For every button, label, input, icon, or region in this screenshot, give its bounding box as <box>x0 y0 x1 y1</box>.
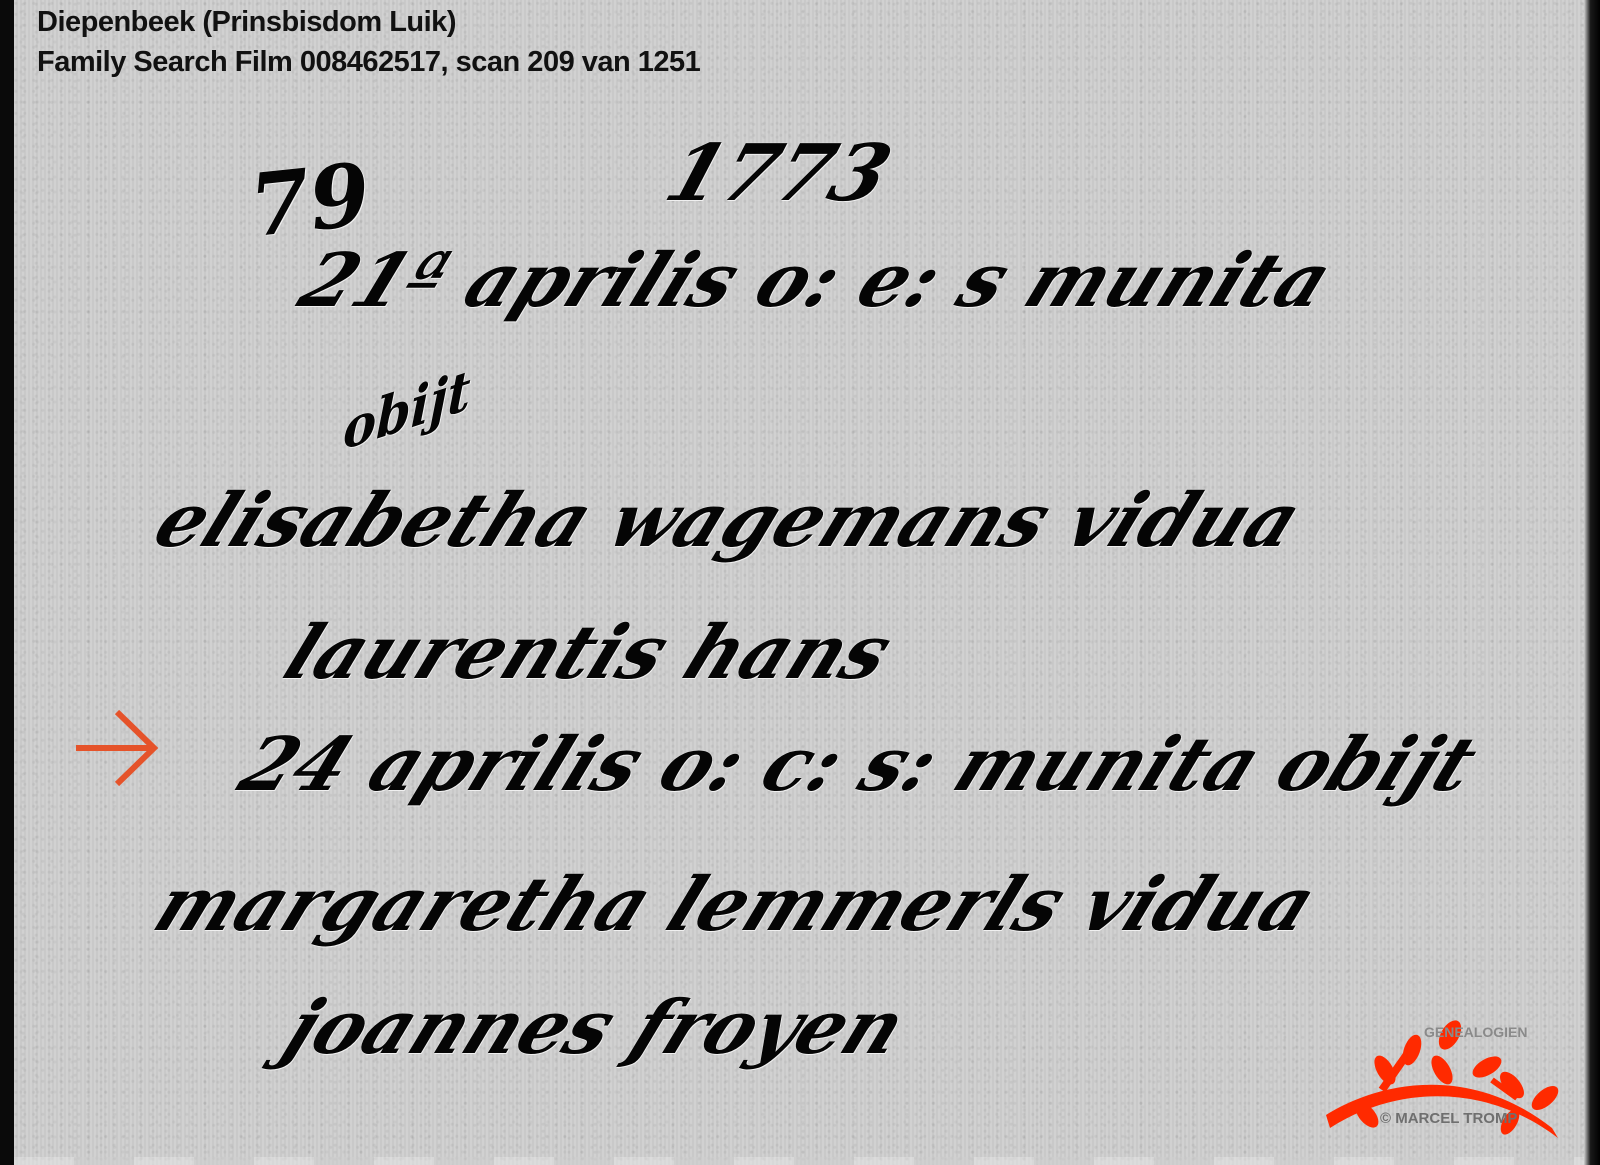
right-arrow-icon <box>72 708 162 788</box>
register-year: 1773 <box>655 128 902 219</box>
document-header: Diepenbeek (Prinsbisdom Luik) Family Sea… <box>37 2 700 82</box>
location-title: Diepenbeek (Prinsbisdom Luik) <box>37 2 700 42</box>
scan-bottom-edge <box>14 1157 1584 1165</box>
scan-edge <box>1584 0 1600 1165</box>
entry2-husband-line: joannes froyen <box>273 985 918 1071</box>
watermark-copyright: © MARCEL TROMP <box>1380 1110 1517 1127</box>
film-reference: Family Search Film 008462517, scan 209 v… <box>37 42 700 82</box>
entry1-date-line: 21ª aprilis o: e: s munita <box>288 238 1344 324</box>
entry2-name-line: margaretha lemmerls vidua <box>143 862 1328 948</box>
entry1-husband-line: laurentis hans <box>273 610 904 696</box>
entry1-name-line: elisabetha wagemans vidua <box>143 478 1314 564</box>
watermark-top-text: GENEALOGIEN <box>1424 1024 1527 1040</box>
entry2-date-line: 24 aprilis o: c: s: munita obijt <box>228 722 1489 808</box>
